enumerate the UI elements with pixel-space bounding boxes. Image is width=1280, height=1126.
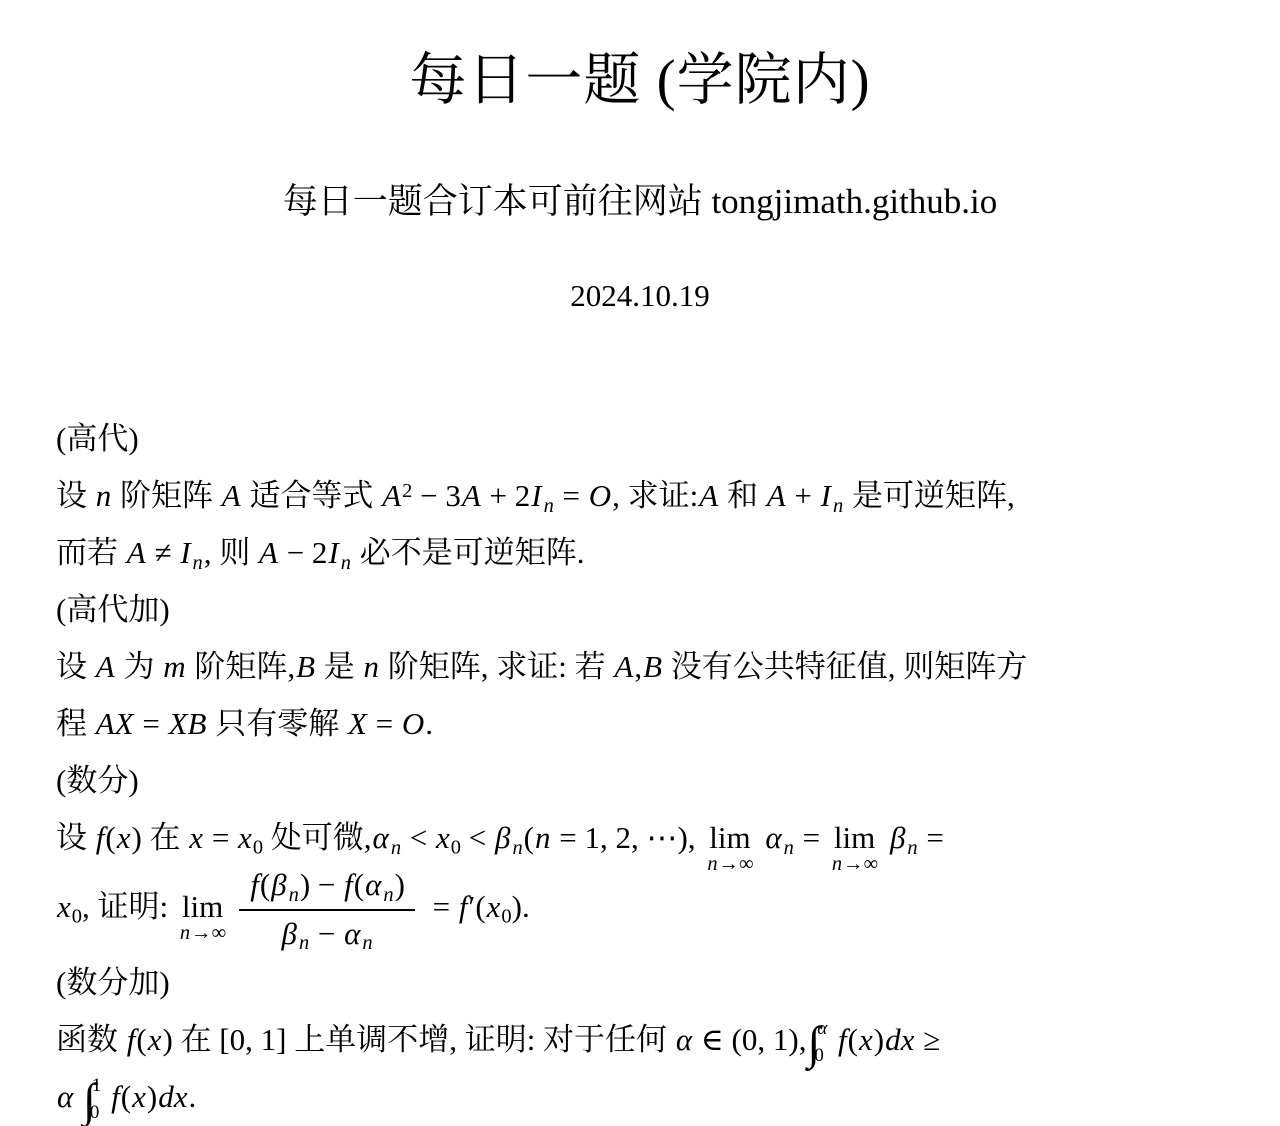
date-text: 2024.10.19 [56, 278, 1224, 314]
problem-list: (高代) 设 n 阶矩阵 A 适合等式 A2 − 3A + 2In = O, 求… [56, 410, 1224, 1125]
problem-label: (数分加) [56, 954, 1224, 1011]
problem-label: (数分) [56, 752, 1224, 809]
problem-label: (高代加) [56, 581, 1224, 638]
problem-line: 而若 A ≠ In, 则 A − 2In 必不是可逆矩阵. [56, 524, 1224, 581]
problem-gaodai: (高代) 设 n 阶矩阵 A 适合等式 A2 − 3A + 2In = O, 求… [56, 410, 1224, 581]
document-page: 每日一题 (学院内) 每日一题合订本可前往网站 tongjimath.githu… [0, 0, 1280, 1126]
subtitle-text: 每日一题合订本可前往网站 tongjimath.github.io [56, 174, 1224, 224]
problem-line: 设 f(x) 在 x = x0 处可微,αn < x0 < βn(n = 1, … [56, 809, 1224, 866]
problem-line: 设 A 为 m 阶矩阵,B 是 n 阶矩阵, 求证: 若 A,B 没有公共特征值… [56, 638, 1224, 695]
problem-label: (高代) [56, 410, 1224, 467]
problem-line: α ∫10 f(x)dx. [56, 1068, 1224, 1125]
problem-line: x0, 证明: limn→∞f(βn) − f(αn)βn − αn = f′(… [56, 866, 1224, 954]
problem-gaodai-jia: (高代加) 设 A 为 m 阶矩阵,B 是 n 阶矩阵, 求证: 若 A,B 没… [56, 581, 1224, 752]
page-title: 每日一题 (学院内) [56, 0, 1224, 116]
problem-line: 函数 f(x) 在 [0, 1] 上单调不增, 证明: 对于任何 α ∈ (0,… [56, 1011, 1224, 1068]
problem-line: 设 n 阶矩阵 A 适合等式 A2 − 3A + 2In = O, 求证:A 和… [56, 467, 1224, 524]
problem-shufen-jia: (数分加) 函数 f(x) 在 [0, 1] 上单调不增, 证明: 对于任何 α… [56, 954, 1224, 1125]
problem-line: 程 AX = XB 只有零解 X = O. [56, 695, 1224, 752]
problem-shufen: (数分) 设 f(x) 在 x = x0 处可微,αn < x0 < βn(n … [56, 752, 1224, 954]
